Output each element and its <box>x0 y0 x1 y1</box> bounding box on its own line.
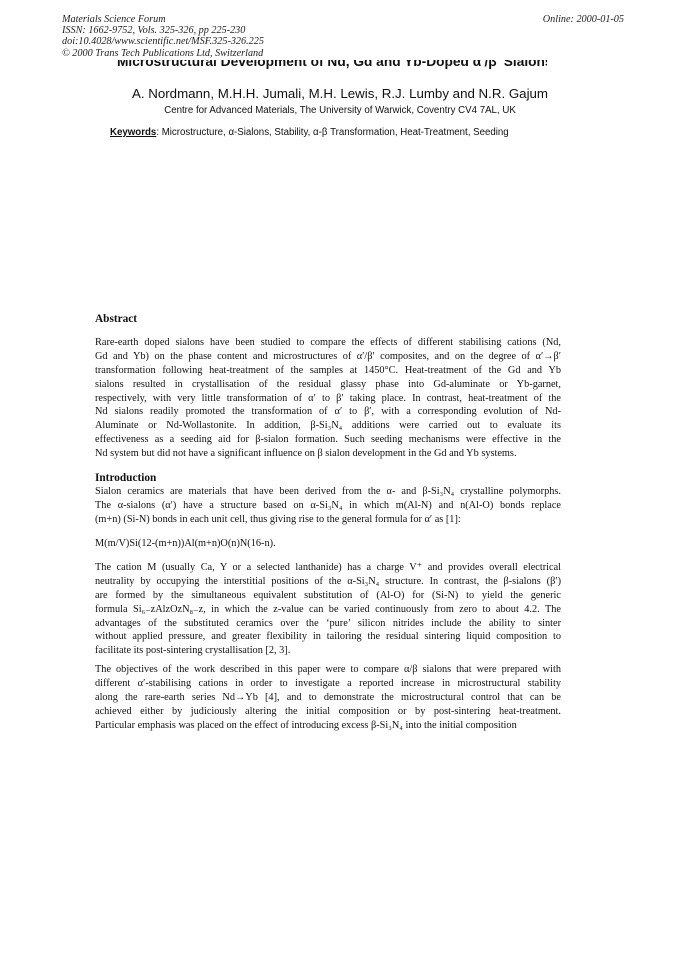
paragraph-line: without applied pressure, and greater fl… <box>95 630 561 644</box>
abstract-body: Rare-earth doped sialons have been studi… <box>95 336 561 461</box>
journal-name: Materials Science Forum <box>62 14 264 25</box>
abstract-line: Gd and Yb) on the phase content and micr… <box>95 350 561 364</box>
issn-line: ISSN: 1662-9752, Vols. 325-326, pp 225-2… <box>62 25 264 36</box>
affiliation: Centre for Advanced Materials, The Unive… <box>90 105 590 116</box>
introduction-paragraph-3: The objectives of the work described in … <box>95 663 561 732</box>
introduction-paragraph-2: The cation M (usually Ca, Y or a selecte… <box>95 561 561 658</box>
abstract-line: respectively, with very little transform… <box>95 392 561 406</box>
paragraph-line: achieved either by judiciously altering … <box>95 705 561 719</box>
abstract-line: Nd sialons readily promoted the transfor… <box>95 405 561 419</box>
alpha-sialon-formula: M(m/V)Si(12-(m+n))Al(m+n)O(n)N(16-n). <box>95 538 276 549</box>
paragraph-line: (m+n) (Si-N) bonds in each unit cell, th… <box>95 513 561 527</box>
paragraph-line: neutrality by occupying the interstitial… <box>95 575 561 589</box>
copyright-line: © 2000 Trans Tech Publications Ltd, Swit… <box>62 48 264 59</box>
paragraph-line: formula Si₆₋zAlzOzN₈₋z, in which the z-v… <box>95 603 561 617</box>
introduction-paragraph-1: Sialon ceramics are materials that have … <box>95 485 561 527</box>
abstract-line: effectiveness as a seeding aid for β-sia… <box>95 433 561 447</box>
publication-header: Materials Science Forum ISSN: 1662-9752,… <box>62 14 264 59</box>
keywords-list: : Microstructure, α-Sialons, Stability, … <box>156 127 508 138</box>
paragraph-line: different α′-stabilising cations in orde… <box>95 677 561 691</box>
author-list: A. Nordmann, M.H.H. Jumali, M.H. Lewis, … <box>90 86 590 101</box>
abstract-heading: Abstract <box>95 313 137 325</box>
introduction-heading: Introduction <box>95 472 156 484</box>
paragraph-line: advantages of the substituted ceramics o… <box>95 617 561 631</box>
abstract-line: transformation following heat-treatment … <box>95 364 561 378</box>
paper-title-text: Microstructural Development of Nd, Gd an… <box>117 60 538 69</box>
abstract-line: Aluminate or Nd-Wollastonite. In additio… <box>95 419 561 433</box>
abstract-line: sialons resulted in crystallisation of t… <box>95 378 561 392</box>
paragraph-line: Sialon ceramics are materials that have … <box>95 485 561 499</box>
abstract-line: Nd system but did not have a significant… <box>95 447 561 461</box>
paragraph-line: are formed by the simultaneous equivalen… <box>95 589 561 603</box>
paragraph-line: The objectives of the work described in … <box>95 663 561 677</box>
paper-title: Microstructural Development of Nd, Gd an… <box>117 60 547 72</box>
online-date: Online: 2000-01-05 <box>543 14 624 25</box>
doi-link[interactable]: doi:10.4028/www.scientific.net/MSF.325-3… <box>62 36 264 47</box>
paragraph-line: along the rare-earth series Nd→Yb [4], a… <box>95 691 561 705</box>
paragraph-line: Particular emphasis was placed on the ef… <box>95 719 561 733</box>
abstract-line: Rare-earth doped sialons have been studi… <box>95 336 561 350</box>
keywords-label: Keywords <box>110 127 156 138</box>
paragraph-line: The cation M (usually Ca, Y or a selecte… <box>95 561 561 575</box>
paragraph-line: The α-sialons (α′) have a structure base… <box>95 499 561 513</box>
paragraph-line: facilitate its post-sintering crystallis… <box>95 644 561 658</box>
keywords: Keywords: Microstructure, α-Sialons, Sta… <box>110 127 509 138</box>
